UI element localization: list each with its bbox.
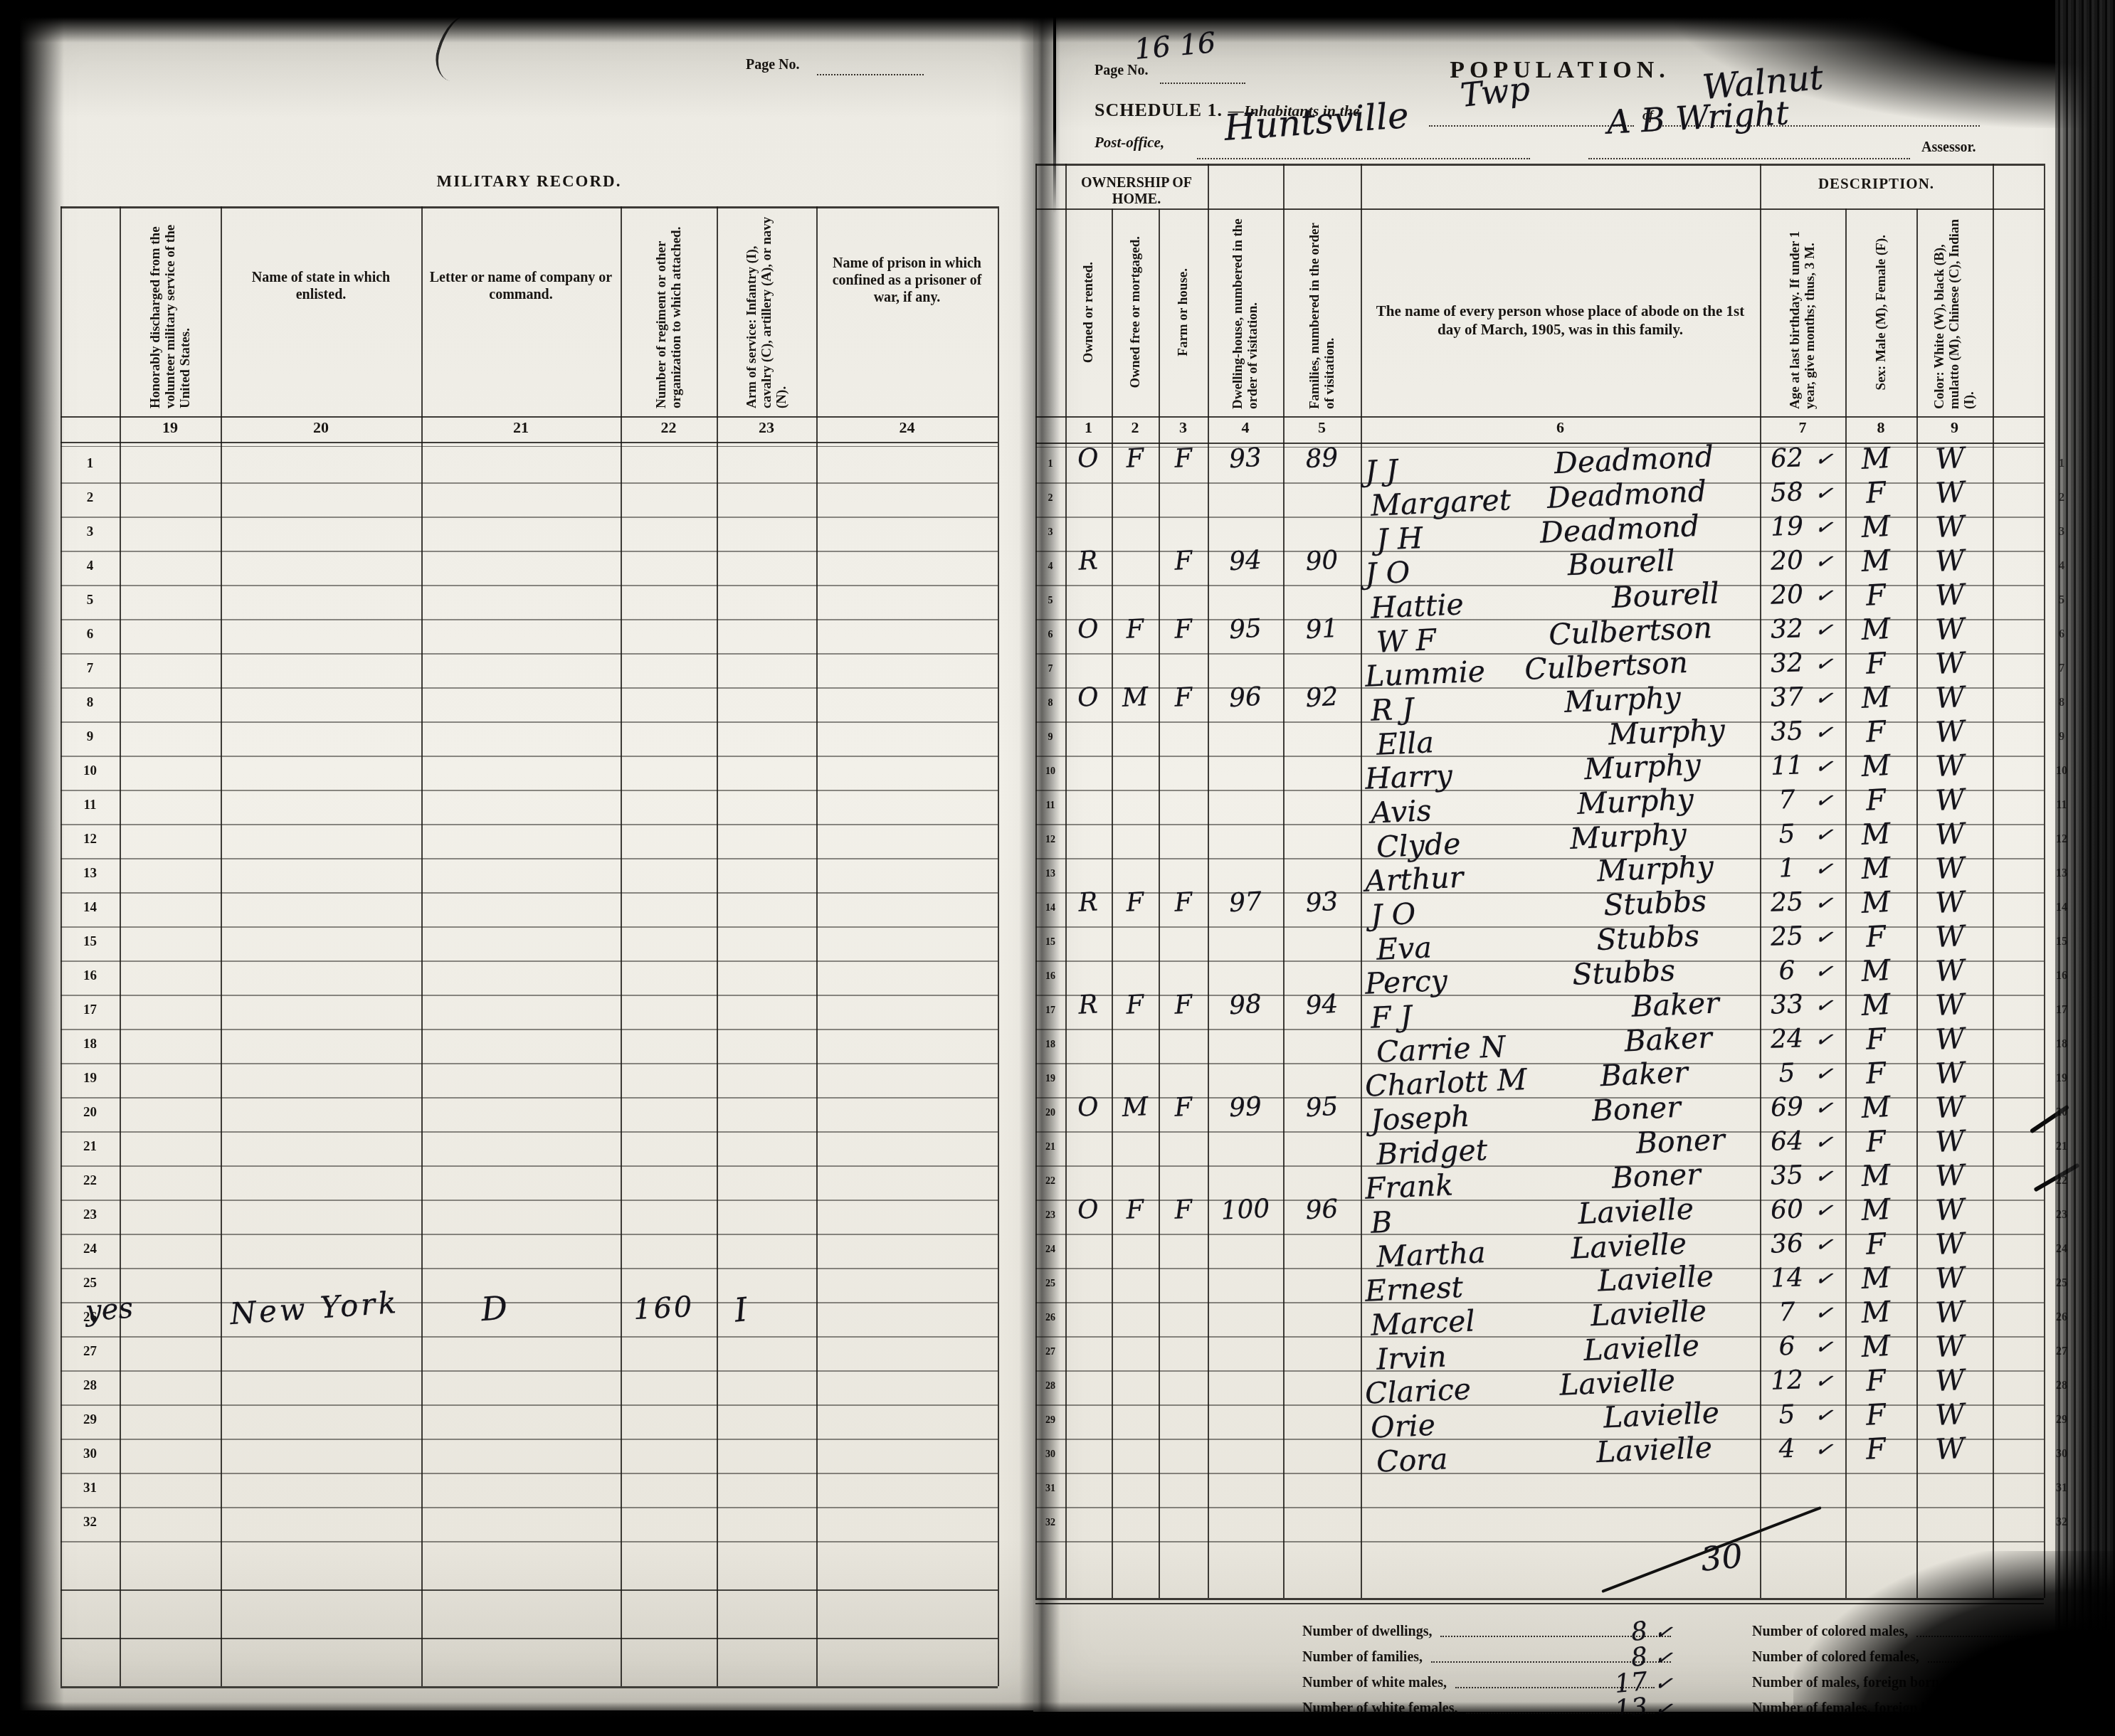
cell-color: W <box>1917 919 1983 956</box>
column-number: 7 <box>1760 418 1845 437</box>
table-hline <box>60 858 998 859</box>
table-hline <box>60 551 998 552</box>
tally-slash <box>1601 1506 1822 1593</box>
age-checkmark: ✓ <box>1812 1299 1837 1327</box>
cell-dwelling: 94 <box>1208 544 1282 577</box>
cell-family: 94 <box>1284 988 1360 1021</box>
age-checkmark: ✓ <box>1812 855 1837 883</box>
surname: Lavielle <box>1596 1430 1713 1469</box>
cell-sex: M <box>1845 748 1907 784</box>
cell-farm: F <box>1159 682 1208 713</box>
age-checkmark: ✓ <box>1812 582 1837 610</box>
table-hline <box>1035 1603 2044 1604</box>
row-number-right: 19 <box>2044 1072 2079 1085</box>
age-checkmark: ✓ <box>1812 480 1837 507</box>
row-number-left: 17 <box>1035 1005 1065 1017</box>
age-checkmark: ✓ <box>1812 548 1837 576</box>
row-number-left: 30 <box>1035 1449 1065 1461</box>
age-checkmark: ✓ <box>1812 1060 1837 1088</box>
column-number: 1 <box>1065 418 1112 437</box>
summary-label: Number of males, foreign born, <box>1752 1675 1943 1695</box>
cell-farm: F <box>1159 886 1208 918</box>
column-header: Owned or rented. <box>1068 213 1109 411</box>
cell-sex: F <box>1845 1124 1907 1160</box>
cell-color: W <box>1917 1261 1983 1297</box>
column-header-text: Families, numbered in the order of visit… <box>1307 216 1337 409</box>
column-header: Dwelling-house, numbered in the order of… <box>1211 213 1280 411</box>
column-header-text: Color: White (W), black (B), mulatto (M)… <box>1932 216 1977 409</box>
table-hline <box>60 960 998 962</box>
cell-sex: M <box>1845 885 1907 921</box>
age-checkmark: ✓ <box>1812 1094 1837 1122</box>
cell-age: 6 <box>1761 956 1813 986</box>
table-hline <box>60 892 998 894</box>
cell-sex: F <box>1845 646 1907 682</box>
row-number: 14 <box>60 900 120 916</box>
row-number-right: 21 <box>2044 1140 2079 1153</box>
summary-checkmark: ✓ <box>2067 1670 2089 1697</box>
summary-label: Number of white males, <box>1302 1675 1447 1695</box>
summary-value: 1 <box>2044 1693 2062 1724</box>
cell-farm: F <box>1159 989 1208 1020</box>
row-number: 25 <box>60 1276 120 1291</box>
ownership-group-header: OWNERSHIP OF HOME. <box>1065 175 1208 208</box>
cell-age: 14 <box>1761 1263 1813 1293</box>
row-number-right: 32 <box>2044 1516 2079 1529</box>
cell-sex: M <box>1845 1329 1907 1365</box>
row-number-right: 11 <box>2044 799 2079 812</box>
table-hline <box>60 1063 998 1064</box>
cell-color: W <box>1917 1329 1983 1365</box>
entry-discharged hw: yes <box>84 1292 134 1328</box>
table-hline <box>60 1302 998 1303</box>
cell-tenure: F <box>1112 1194 1158 1225</box>
given-name: B <box>1370 1205 1393 1239</box>
row-number-right: 8 <box>2044 697 2079 709</box>
cell-age: 35 <box>1761 716 1813 747</box>
cell-age: 1 <box>1761 853 1813 884</box>
row-number-left: 14 <box>1035 903 1065 914</box>
total-persons: 30 <box>1699 1536 1744 1579</box>
table-hline <box>60 1131 998 1133</box>
row-number-right: 25 <box>2044 1277 2079 1290</box>
summary-leader <box>1963 1713 2085 1714</box>
cell-age: 5 <box>1761 1058 1813 1089</box>
row-number-right: 6 <box>2044 628 2079 641</box>
row-number-left: 18 <box>1035 1039 1065 1051</box>
cell-farm: F <box>1159 443 1208 474</box>
cell-sex: M <box>1845 544 1907 579</box>
age-checkmark: ✓ <box>1812 1402 1837 1429</box>
row-number: 29 <box>60 1412 120 1428</box>
cell-sex: M <box>1845 817 1907 852</box>
cell-owned: R <box>1067 990 1109 1021</box>
cell-owned: O <box>1067 682 1109 714</box>
table-hline <box>60 790 998 791</box>
cell-age: 4 <box>1761 1434 1813 1464</box>
cell-sex: F <box>1845 1363 1907 1399</box>
row-number: 7 <box>60 661 120 677</box>
summary-label: Number of females, foreign born, <box>1752 1700 1954 1720</box>
left-page: Page No. MILITARY RECORD. 12345678910111… <box>20 4 1053 1710</box>
column-header: Name of state in which enlisted. <box>226 269 416 303</box>
column-number: 2 <box>1112 418 1159 437</box>
table-hline <box>60 1336 998 1338</box>
summary-label: Number of colored males, <box>1752 1624 1908 1644</box>
description-group-header: DESCRIPTION. <box>1760 175 1993 193</box>
cell-family: 95 <box>1284 1091 1360 1123</box>
row-number-left: 19 <box>1035 1074 1065 1085</box>
summary-leader <box>1951 1687 2085 1688</box>
row-number: 8 <box>60 695 120 711</box>
assessor-value: A B Wright <box>1606 93 1790 141</box>
row-number-right: 31 <box>2044 1482 2079 1495</box>
cell-sex: F <box>1845 1227 1907 1262</box>
row-number-right: 28 <box>2044 1380 2079 1392</box>
column-number: 19 <box>120 418 221 437</box>
cell-color: W <box>1917 578 1983 614</box>
cell-age: 6 <box>1761 1331 1813 1362</box>
right-page: Page No. 16 16 POPULATION. SCHEDULE 1.—I… <box>1033 17 2092 1712</box>
table-hline <box>60 619 998 620</box>
cell-owned: R <box>1067 546 1109 577</box>
table-hline <box>60 1439 998 1440</box>
row-number-left: 20 <box>1035 1108 1065 1119</box>
row-number: 4 <box>60 559 120 574</box>
table-hline <box>60 1029 998 1030</box>
cell-age: 58 <box>1761 477 1813 508</box>
row-number-right: 14 <box>2044 901 2079 914</box>
table-vline <box>1065 164 1067 1598</box>
cell-tenure: F <box>1112 443 1158 474</box>
row-number: 18 <box>60 1037 120 1052</box>
cell-color: W <box>1917 1295 1983 1331</box>
table-hline <box>1035 208 2044 210</box>
cell-color: W <box>1917 885 1983 921</box>
table-hline <box>60 1686 998 1688</box>
row-number-left: 24 <box>1035 1244 1065 1256</box>
cell-color: W <box>1917 1227 1983 1263</box>
table-hline <box>1035 416 2044 418</box>
column-number: 3 <box>1159 418 1208 437</box>
township-value: Twp <box>1458 69 1531 115</box>
column-header-text: Honorably discharged from the volunteer … <box>148 216 193 408</box>
summary-label: Number of colored females, <box>1752 1649 1919 1669</box>
row-number-left: 25 <box>1035 1279 1065 1290</box>
row-number: 9 <box>60 729 120 745</box>
cell-age: 62 <box>1761 443 1813 474</box>
summary-value: 13 <box>1613 1693 1648 1725</box>
cell-sex: M <box>1845 1261 1907 1296</box>
row-number: 15 <box>60 934 120 950</box>
table-hline <box>60 206 998 208</box>
column-header-text: Arm of service: Infantry (I), cavalry (C… <box>744 216 789 408</box>
cell-age: 36 <box>1761 1229 1813 1259</box>
cell-sex: M <box>1845 1158 1907 1194</box>
cell-color: W <box>1917 748 1983 785</box>
column-number: 22 <box>621 418 717 437</box>
column-header-text: Farm or house. <box>1176 268 1191 356</box>
table-hline <box>60 995 998 996</box>
row-number-right: 26 <box>2044 1311 2079 1324</box>
cell-farm: F <box>1159 545 1208 576</box>
cell-sex: M <box>1845 1192 1907 1228</box>
cell-color: W <box>1917 1363 1983 1399</box>
summary-leader <box>1928 1661 2060 1663</box>
row-number: 11 <box>60 798 120 813</box>
table-vline <box>998 206 999 1686</box>
row-number-right: 16 <box>2044 970 2079 983</box>
row-number-left: 1 <box>1035 459 1065 470</box>
table-hline <box>1035 1507 2044 1508</box>
column-number: 24 <box>816 418 998 437</box>
cell-age: 24 <box>1761 1024 1813 1054</box>
row-number-right: 10 <box>2044 765 2079 778</box>
cell-sex: M <box>1845 953 1907 989</box>
age-checkmark: ✓ <box>1812 889 1837 917</box>
cell-color: W <box>1917 612 1983 648</box>
row-number-right: 3 <box>2044 526 2079 539</box>
row-number-right: 5 <box>2044 594 2079 607</box>
entry-regiment hw: 160 <box>633 1291 695 1326</box>
cell-dwelling: 99 <box>1208 1091 1282 1123</box>
cell-color: W <box>1917 1090 1983 1126</box>
cell-farm: F <box>1159 1091 1208 1123</box>
cell-color: W <box>1917 509 1983 546</box>
summary-label: Number of white females, <box>1302 1700 1457 1720</box>
cell-color: W <box>1917 1158 1983 1195</box>
cell-sex: F <box>1845 783 1907 818</box>
age-checkmark: ✓ <box>1812 1026 1837 1054</box>
row-number-right: 30 <box>2044 1448 2079 1461</box>
table-hline <box>60 1165 998 1167</box>
row-number-left: 32 <box>1035 1518 1065 1529</box>
entry-arm hw: I <box>732 1290 749 1330</box>
table-vline <box>1993 164 1994 1598</box>
cell-color: W <box>1917 1397 1983 1434</box>
table-hline <box>60 1541 998 1542</box>
row-number: 13 <box>60 866 120 882</box>
summary-row: Number of white females,13✓ <box>1302 1696 1672 1720</box>
cell-age: 25 <box>1761 921 1813 952</box>
row-number-left: 6 <box>1035 630 1065 641</box>
table-hline <box>60 1404 998 1406</box>
column-header: Farm or house. <box>1161 213 1205 411</box>
cell-farm: F <box>1159 1194 1208 1225</box>
summary-row: Number of families,8✓ <box>1302 1645 1672 1669</box>
column-number: 5 <box>1283 418 1361 437</box>
column-number: 8 <box>1845 418 1916 437</box>
cell-age: 11 <box>1761 751 1813 781</box>
column-header: Families, numbered in the order of visit… <box>1286 213 1358 411</box>
row-number-left: 23 <box>1035 1210 1065 1222</box>
summary-row: Number of colored males, <box>1752 1619 2087 1644</box>
name-column-header: The name of every person whose place of … <box>1369 302 1751 339</box>
row-number-right: 2 <box>2044 492 2079 504</box>
column-header-text: Owned free or mortgaged. <box>1128 236 1143 388</box>
cell-sex: F <box>1845 475 1907 511</box>
row-number-left: 2 <box>1035 493 1065 504</box>
cell-age: 7 <box>1761 785 1813 815</box>
age-checkmark: ✓ <box>1812 684 1837 712</box>
cell-age: 5 <box>1761 1399 1813 1430</box>
cell-tenure: F <box>1112 613 1158 645</box>
summary-leader <box>1916 1636 2084 1637</box>
cell-tenure: F <box>1112 886 1158 918</box>
cell-dwelling: 96 <box>1208 681 1282 714</box>
row-number-left: 9 <box>1035 732 1065 743</box>
column-header: Arm of service: Infantry (I), cavalry (C… <box>721 213 812 411</box>
table-hline <box>60 1507 998 1508</box>
cell-age: 37 <box>1761 682 1813 713</box>
row-number: 23 <box>60 1207 120 1223</box>
age-checkmark: ✓ <box>1812 958 1837 985</box>
cell-color: W <box>1917 680 1983 716</box>
row-number-left: 12 <box>1035 835 1065 846</box>
row-number-left: 10 <box>1035 766 1065 778</box>
row-number-right: 29 <box>2044 1414 2079 1427</box>
row-number-left: 5 <box>1035 596 1065 607</box>
row-number: 28 <box>60 1378 120 1394</box>
pen-flourish <box>430 10 490 88</box>
column-number: 6 <box>1361 418 1760 437</box>
row-number: 6 <box>60 627 120 642</box>
table-hline <box>60 926 998 928</box>
column-header-text: Number of regiment or other organization… <box>654 216 684 408</box>
page-no-value: 16 16 <box>1133 26 1217 66</box>
row-number-right: 13 <box>2044 867 2079 880</box>
row-number: 16 <box>60 968 120 984</box>
summary-checkmark: ✓ <box>1653 1619 1674 1646</box>
column-header: Number of regiment or other organization… <box>625 213 712 411</box>
row-number-right: 9 <box>2044 731 2079 743</box>
row-number: 31 <box>60 1481 120 1496</box>
row-number-left: 7 <box>1035 664 1065 675</box>
row-number-left: 16 <box>1035 971 1065 983</box>
cell-tenure: M <box>1112 682 1158 713</box>
cell-owned: O <box>1067 614 1109 645</box>
cell-tenure: M <box>1112 1091 1158 1123</box>
row-number-left: 21 <box>1035 1142 1065 1153</box>
summary-row: Number of females, foreign born,1✓ <box>1752 1696 2087 1720</box>
dotted-line <box>817 73 924 75</box>
table-hline <box>60 442 998 443</box>
table-vline <box>1361 164 1362 1598</box>
age-checkmark: ✓ <box>1812 1197 1837 1224</box>
cell-owned: O <box>1067 1092 1109 1123</box>
row-number: 19 <box>60 1071 120 1086</box>
row-number: 20 <box>60 1105 120 1121</box>
row-number: 22 <box>60 1173 120 1189</box>
cell-sex: M <box>1845 680 1907 716</box>
cell-color: W <box>1917 646 1983 682</box>
column-number: 23 <box>717 418 816 437</box>
cell-color: W <box>1917 988 1983 1024</box>
table-hline <box>60 721 998 723</box>
row-number-right: 23 <box>2044 1209 2079 1222</box>
row-number: 12 <box>60 832 120 847</box>
age-checkmark: ✓ <box>1812 719 1837 746</box>
row-number-right: 12 <box>2044 833 2079 846</box>
cell-sex: F <box>1845 1431 1907 1467</box>
age-checkmark: ✓ <box>1812 923 1837 951</box>
summary-checkmark: ✓ <box>1653 1670 1674 1697</box>
cell-age: 20 <box>1761 580 1813 610</box>
cell-age: 32 <box>1761 648 1813 679</box>
assessor-label: Assessor. <box>1921 139 1976 156</box>
given-name: Cora <box>1376 1441 1448 1478</box>
age-checkmark: ✓ <box>1812 992 1837 1020</box>
entry-state hw: New York <box>229 1285 401 1331</box>
cell-age: 64 <box>1761 1126 1813 1157</box>
cell-color: W <box>1917 544 1983 580</box>
cell-family: 93 <box>1284 886 1360 919</box>
age-checkmark: ✓ <box>1812 616 1837 644</box>
cell-color: W <box>1917 1056 1983 1092</box>
age-checkmark: ✓ <box>1812 1163 1837 1190</box>
cell-family: 90 <box>1284 544 1360 577</box>
table-hline <box>60 1268 998 1269</box>
age-checkmark: ✓ <box>1812 1367 1837 1395</box>
cell-dwelling: 93 <box>1208 442 1282 475</box>
column-header-text: Dwelling-house, numbered in the order of… <box>1230 216 1260 409</box>
entry-company hw: D <box>480 1288 509 1328</box>
cell-sex: F <box>1845 578 1907 613</box>
table-hline <box>60 1370 998 1372</box>
row-number-left: 28 <box>1035 1381 1065 1392</box>
cell-sex: F <box>1845 1022 1907 1057</box>
table-hline <box>60 1200 998 1201</box>
column-header: Color: White (W), black (B), mulatto (M)… <box>1919 213 1990 411</box>
age-checkmark: ✓ <box>1812 514 1837 541</box>
summary-label: Number of dwellings, <box>1302 1624 1432 1644</box>
age-checkmark: ✓ <box>1812 1265 1837 1293</box>
row-number-left: 26 <box>1035 1313 1065 1324</box>
cell-color: W <box>1917 817 1983 853</box>
table-hline <box>60 653 998 655</box>
row-number-right: 15 <box>2044 936 2079 948</box>
cell-dwelling: 100 <box>1208 1193 1282 1226</box>
summary-row: Number of colored females,✓ <box>1752 1645 2087 1669</box>
given-name: J J <box>1364 453 1398 489</box>
table-hline <box>60 1473 998 1474</box>
table-hline <box>60 517 998 518</box>
table-hline <box>1035 164 2044 166</box>
cell-sex: M <box>1845 851 1907 886</box>
cell-owned: O <box>1067 1195 1109 1226</box>
column-header: Owned free or mortgaged. <box>1114 213 1156 411</box>
schedule-label: SCHEDULE 1. <box>1095 100 1223 120</box>
cell-sex: F <box>1845 1056 1907 1091</box>
summary-checkmark: ✓ <box>2067 1695 2089 1722</box>
row-number: 27 <box>60 1344 120 1360</box>
dotted-line <box>1197 157 1530 159</box>
page-no-text: Page No. <box>746 57 800 73</box>
military-record-title: MILITARY RECORD. <box>60 172 998 191</box>
summary-row: Number of males, foreign born,2✓ <box>1752 1671 2087 1695</box>
cell-dwelling: 97 <box>1208 886 1282 919</box>
row-number-left: 11 <box>1035 800 1065 812</box>
cell-sex: F <box>1845 919 1907 955</box>
age-checkmark: ✓ <box>1812 445 1837 473</box>
cell-age: 35 <box>1761 1160 1813 1191</box>
row-number-right: 18 <box>2044 1038 2079 1051</box>
column-number: 9 <box>1916 418 1993 437</box>
row-number: 10 <box>60 763 120 779</box>
summary-checkmark: ✓ <box>1653 1644 1674 1671</box>
row-number: 32 <box>60 1515 120 1530</box>
row-number: 1 <box>60 456 120 472</box>
